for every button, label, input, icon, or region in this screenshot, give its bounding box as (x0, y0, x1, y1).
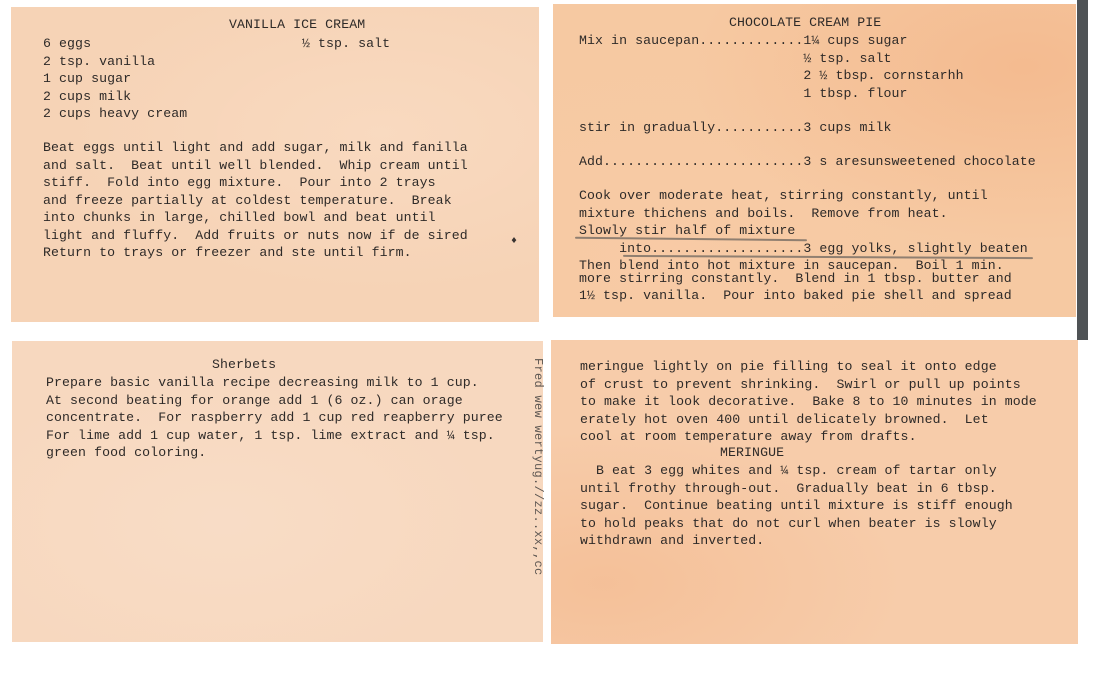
recipe-card-sherbets: Sherbets Prepare basic vanilla recipe de… (12, 341, 543, 642)
direction-line: stiff. Fold into egg mixture. Pour into … (43, 174, 436, 192)
recipe-line: sugar. Continue beating until mixture is… (580, 497, 1013, 515)
recipe-card-vanilla-ice-cream: VANILLA ICE CREAM 6 eggs 2 tsp. vanilla … (11, 7, 539, 322)
recipe-line: ½ tsp. salt (579, 50, 892, 68)
recipe-line: cool at room temperature away from draft… (580, 428, 917, 446)
recipe-line: 1½ tsp. vanilla. Pour into baked pie she… (579, 287, 1012, 305)
recipe-line: 1 tbsp. flour (579, 85, 908, 103)
recipe-line: B eat 3 egg whites and ¼ tsp. cream of t… (580, 462, 997, 480)
recipe-line: Add.........................3 s aresunsw… (579, 153, 1036, 171)
recipe-line: green food coloring. (46, 444, 206, 462)
meringue-title: MERINGUE (720, 444, 784, 462)
recipe-line: to hold peaks that do not curl when beat… (580, 515, 997, 533)
recipe-line: to make it look decorative. Bake 8 to 10… (580, 393, 1037, 411)
recipe-line: Prepare basic vanilla recipe decreasing … (46, 374, 479, 392)
recipe-line: Cook over moderate heat, stirring consta… (579, 187, 988, 205)
card-title: Sherbets (212, 356, 276, 374)
ingredient: 6 eggs (43, 35, 91, 53)
recipe-line: stir in gradually...........3 cups milk (579, 119, 892, 137)
recipe-card-chocolate-cream-pie: CHOCOLATE CREAM PIE Mix in saucepan.....… (553, 4, 1076, 317)
direction-line: and salt. Beat until well blended. Whip … (43, 157, 468, 175)
recipe-line: withdrawn and inverted. (580, 532, 764, 550)
ingredient: 2 cups milk (43, 88, 131, 106)
recipe-line: more stirring constantly. Blend in 1 tbs… (579, 270, 1012, 288)
recipe-line: of crust to prevent shrinking. Swirl or … (580, 376, 1021, 394)
scan-edge-bar (1077, 0, 1088, 340)
direction-line: Return to trays or freezer and ste until… (43, 244, 412, 262)
card-title: CHOCOLATE CREAM PIE (729, 14, 881, 32)
direction-line: Beat eggs until light and add sugar, mil… (43, 139, 468, 157)
recipe-line: 2 ½ tbsp. cornstarhh (579, 67, 964, 85)
direction-line: and freeze partially at coldest temperat… (43, 192, 452, 210)
recipe-line: At second beating for orange add 1 (6 oz… (46, 392, 463, 410)
recipe-line: concentrate. For raspberry add 1 cup red… (46, 409, 503, 427)
ingredient: ½ tsp. salt (302, 35, 390, 53)
recipe-card-pie-continued: meringue lightly on pie filling to seal … (551, 340, 1078, 644)
recipe-line: Mix in saucepan.............1¼ cups suga… (579, 32, 908, 50)
ingredient: 2 cups heavy cream (43, 105, 187, 123)
direction-line: into chunks in large, chilled bowl and b… (43, 209, 436, 227)
recipe-line: until frothy through-out. Gradually beat… (580, 480, 997, 498)
ingredient: 1 cup sugar (43, 70, 131, 88)
direction-line: light and fluffy. Add fruits or nuts now… (43, 227, 468, 245)
recipe-line: For lime add 1 cup water, 1 tsp. lime ex… (46, 427, 495, 445)
ingredient: 2 tsp. vanilla (43, 53, 155, 71)
recipe-line: mixture thichens and boils. Remove from … (579, 205, 948, 223)
typewriter-test-note: Fred wew wertyug.//zz..xx,,cc (531, 358, 545, 576)
card-title: VANILLA ICE CREAM (229, 16, 365, 34)
recipe-line: meringue lightly on pie filling to seal … (580, 358, 997, 376)
recipe-line: erately hot oven 400 until delicately br… (580, 411, 989, 429)
typo-mark: ♦ (511, 233, 517, 251)
